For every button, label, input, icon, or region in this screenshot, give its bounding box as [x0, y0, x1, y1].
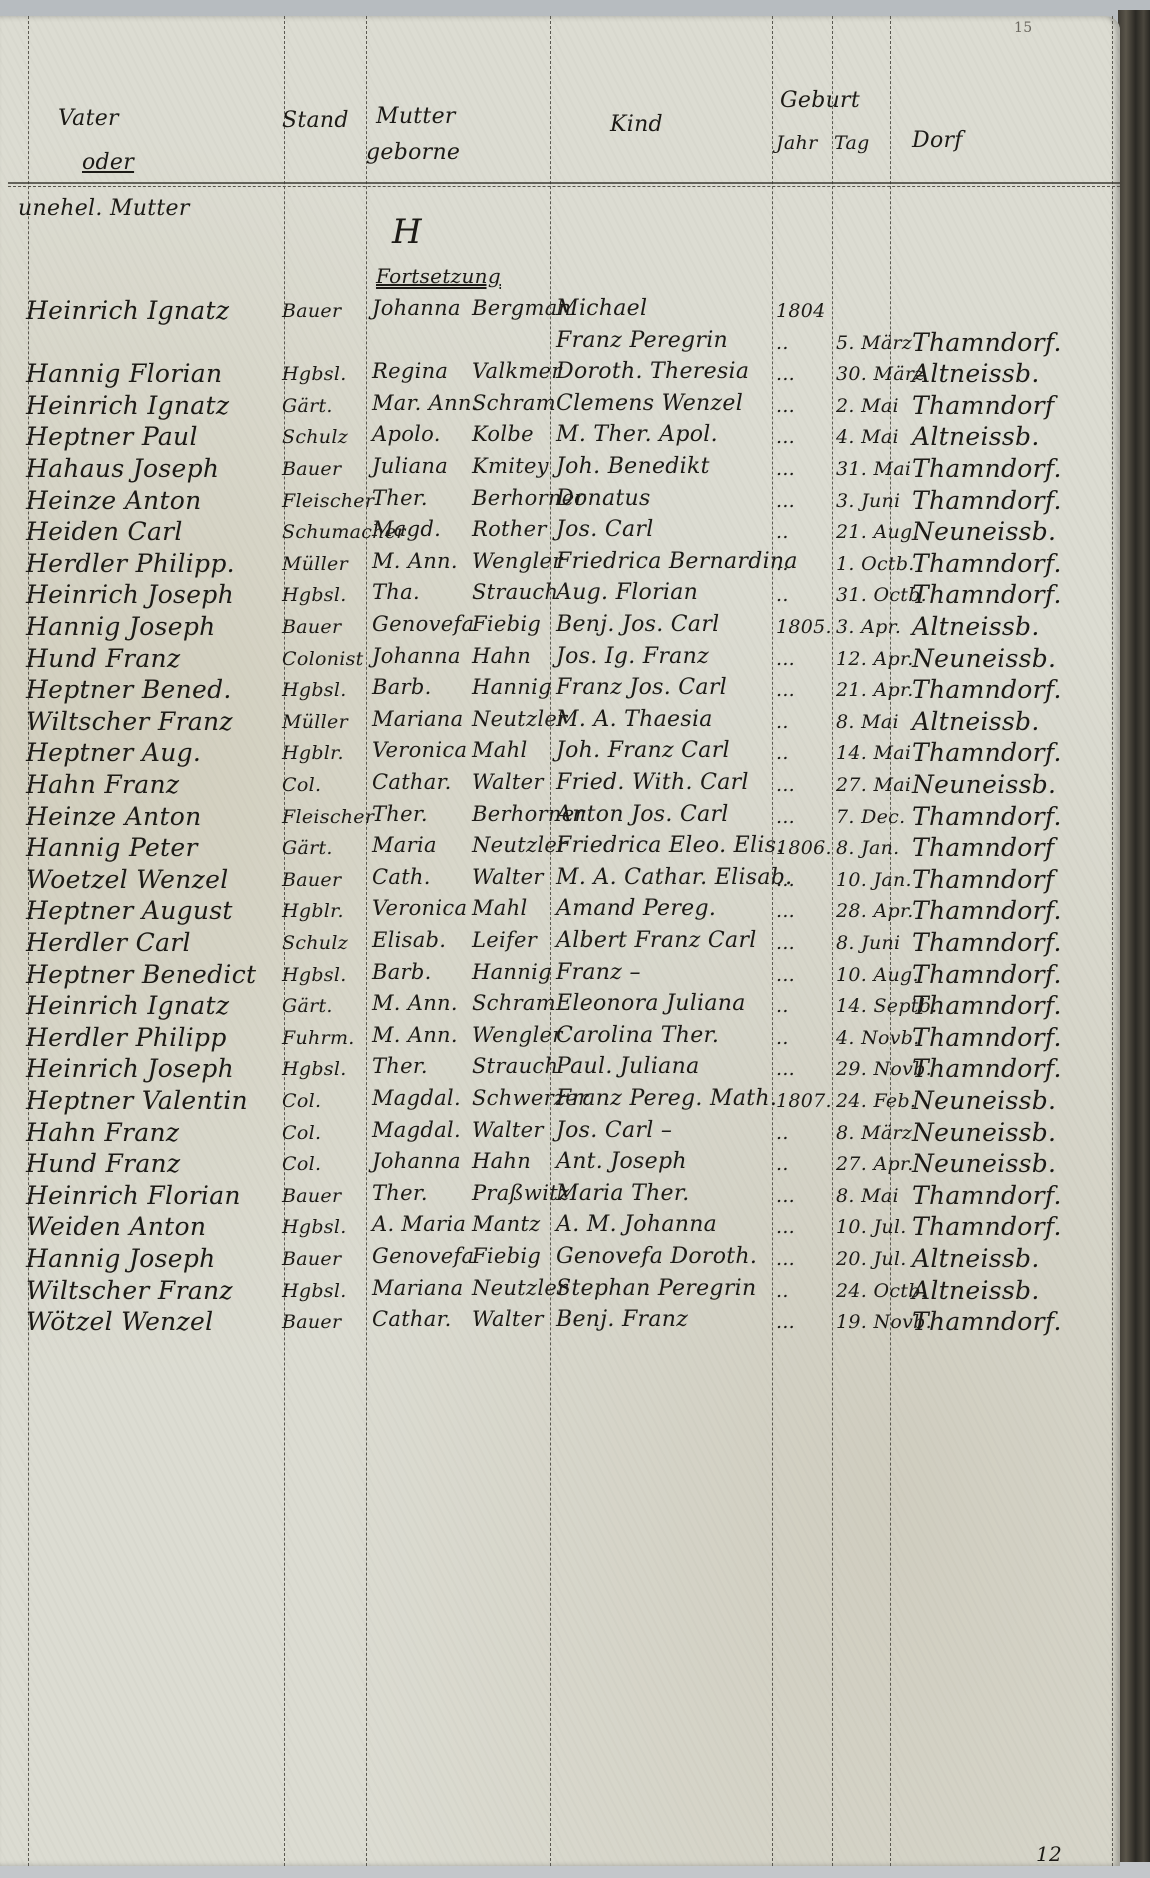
father-name: Hahn Franz — [26, 770, 179, 799]
birth-year: ... — [776, 806, 795, 828]
mother-maiden-name: Wengler — [472, 549, 563, 573]
folio-number: 15 — [1014, 20, 1032, 36]
header-jahr: Jahr — [776, 132, 817, 154]
village: Thamndorf. — [912, 328, 1062, 357]
father-name: Heinrich Ignatz — [26, 296, 229, 325]
section-letter: H — [392, 212, 422, 252]
birth-year: .. — [776, 332, 789, 354]
mother-first-name: Juliana — [372, 454, 448, 478]
table-row: Hund Franz Colonist Johanna Hahn Jos. Ig… — [0, 644, 1120, 675]
village: Neuneissb. — [912, 517, 1056, 546]
mother-first-name: Tha. — [372, 580, 420, 604]
occupation: Hgbsl. — [282, 679, 347, 701]
father-name: Heptner August — [26, 896, 233, 925]
ledger-page: 15 Vater oder unehel. Mutter Stand Mutte… — [0, 16, 1120, 1866]
mother-first-name: Veronica — [372, 738, 467, 762]
occupation: Hgblr. — [282, 742, 344, 764]
header-rule-dashed — [8, 186, 1120, 187]
birth-day: 3. Juni — [836, 490, 900, 512]
birth-year: 1805. — [776, 616, 832, 638]
child-name: Franz Peregrin — [556, 328, 728, 353]
father-name: Heinrich Florian — [26, 1181, 241, 1210]
occupation: Bauer — [282, 1185, 341, 1207]
father-name: Heptner Paul — [26, 422, 198, 451]
birth-day: 8. Mai — [836, 1185, 899, 1207]
table-row: Heinrich Ignatz Gärt. M. Ann. Schram Ele… — [0, 991, 1120, 1022]
mother-maiden-name: Hahn — [472, 1149, 531, 1173]
father-name: Wiltscher Franz — [26, 707, 233, 736]
mother-maiden-name: Schram — [472, 991, 556, 1015]
father-name: Heinrich Joseph — [26, 1054, 234, 1083]
birth-day: 2. Mai — [836, 395, 899, 417]
table-row: Hahn Franz Col. Magdal. Walter Jos. Carl… — [0, 1118, 1120, 1149]
mother-first-name: Ther. — [372, 486, 428, 510]
mother-first-name: Cathar. — [372, 1307, 452, 1331]
mother-first-name: M. Ann. — [372, 1023, 458, 1047]
table-row: Heinrich Ignatz Bauer Johanna Bergman Mi… — [0, 296, 1120, 327]
birth-year: 1807. — [776, 1090, 832, 1112]
child-name: M. A. Thaesia — [556, 707, 713, 732]
birth-day: 1. Octb. — [836, 553, 915, 575]
village: Thamndorf. — [912, 675, 1062, 704]
village: Thamndorf. — [912, 454, 1062, 483]
table-row: Wötzel Wenzel Bauer Cathar. Walter Benj.… — [0, 1307, 1120, 1338]
birth-day: 21. Apr. — [836, 679, 914, 701]
table-row: Hannig Joseph Bauer Genovefa Fiebig Geno… — [0, 1244, 1120, 1275]
table-row: Hahn Franz Col. Cathar. Walter Fried. Wi… — [0, 770, 1120, 801]
header-rule — [8, 182, 1120, 184]
child-name: Jos. Carl – — [556, 1118, 672, 1143]
table-row: Herdler Carl Schulz Elisab. Leifer Alber… — [0, 928, 1120, 959]
birth-year: ... — [776, 426, 795, 448]
birth-year: .. — [776, 1122, 789, 1144]
mother-maiden-name: Hannig — [472, 960, 552, 984]
child-name: Franz Jos. Carl — [556, 675, 727, 700]
village: Thamndorf. — [912, 486, 1062, 515]
mother-maiden-name: Walter — [472, 865, 544, 889]
child-name: A. M. Johanna — [556, 1212, 717, 1237]
father-name: Heinrich Joseph — [26, 580, 234, 609]
occupation: Col. — [282, 1090, 321, 1112]
father-name: Wötzel Wenzel — [26, 1307, 213, 1336]
occupation: Gärt. — [282, 995, 333, 1017]
occupation: Schulz — [282, 426, 348, 448]
table-row: Weiden Anton Hgbsl. A. Maria Mantz A. M.… — [0, 1212, 1120, 1243]
birth-day: 8. Jan. — [836, 837, 900, 859]
village: Thamndorf. — [912, 928, 1062, 957]
mother-maiden-name: Valkmer — [472, 359, 562, 383]
child-name: Clemens Wenzel — [556, 391, 743, 416]
father-name: Heinrich Ignatz — [26, 991, 229, 1020]
occupation: Hgbsl. — [282, 1216, 347, 1238]
mother-first-name: Johanna — [372, 296, 461, 320]
header-stand: Stand — [282, 108, 349, 133]
mother-maiden-name: Fiebig — [472, 612, 541, 636]
header-mutter: Mutter — [376, 104, 456, 129]
mother-first-name: Maria — [372, 833, 437, 857]
birth-year: .. — [776, 711, 789, 733]
birth-day: 3. Apr. — [836, 616, 901, 638]
mother-maiden-name: Walter — [472, 1118, 544, 1142]
village: Thamndorf. — [912, 738, 1062, 767]
table-row: Hund Franz Col. Johanna Hahn Ant. Joseph… — [0, 1149, 1120, 1180]
header-dorf: Dorf — [912, 128, 963, 153]
father-name: Heiden Carl — [26, 517, 183, 546]
father-name: Herdler Philipp. — [26, 549, 235, 578]
birth-year: ... — [776, 1185, 795, 1207]
occupation: Col. — [282, 774, 321, 796]
mother-first-name: M. Ann. — [372, 991, 458, 1015]
occupation: Bauer — [282, 1248, 341, 1270]
village: Thamndorf — [912, 391, 1054, 420]
village: Thamndorf — [912, 833, 1054, 862]
village: Thamndorf. — [912, 960, 1062, 989]
birth-year: ... — [776, 1248, 795, 1270]
birth-year: ... — [776, 363, 795, 385]
child-name: Anton Jos. Carl — [556, 802, 729, 827]
occupation: Hgbsl. — [282, 584, 347, 606]
village: Thamndorf. — [912, 896, 1062, 925]
child-name: Friedrica Bernardina — [556, 549, 798, 574]
mother-maiden-name: Leifer — [472, 928, 537, 952]
mother-first-name: Cathar. — [372, 770, 452, 794]
table-row: Heptner Bened. Hgbsl. Barb. Hannig Franz… — [0, 675, 1120, 706]
village: Altneissb. — [912, 1244, 1040, 1273]
table-row: Hahaus Joseph Bauer Juliana Kmitey Joh. … — [0, 454, 1120, 485]
birth-day: 8. Juni — [836, 932, 900, 954]
birth-year: ... — [776, 490, 795, 512]
mother-first-name: Ther. — [372, 1054, 428, 1078]
mother-first-name: Magd. — [372, 517, 441, 541]
table-row: Franz Peregrin .. 5. März Thamndorf. — [0, 328, 1120, 359]
header-unehel-mutter: unehel. Mutter — [18, 196, 190, 221]
mother-maiden-name: Mahl — [472, 738, 527, 762]
father-name: Hannig Joseph — [26, 612, 216, 641]
mother-first-name: M. Ann. — [372, 549, 458, 573]
father-name: Herdler Carl — [26, 928, 191, 957]
village: Thamndorf. — [912, 1054, 1062, 1083]
child-name: Jos. Ig. Franz — [556, 644, 709, 669]
village: Neuneissb. — [912, 770, 1056, 799]
birth-year: .. — [776, 521, 789, 543]
mother-maiden-name: Schram — [472, 391, 556, 415]
table-row: Heptner Benedict Hgbsl. Barb. Hannig Fra… — [0, 960, 1120, 991]
child-name: M. Ther. Apol. — [556, 422, 718, 447]
father-name: Hannig Florian — [26, 359, 222, 388]
birth-year: .. — [776, 584, 789, 606]
child-name: Friedrica Eleo. Elis. — [556, 833, 784, 858]
occupation: Hgbsl. — [282, 964, 347, 986]
mother-first-name: Johanna — [372, 644, 461, 668]
occupation: Bauer — [282, 869, 341, 891]
occupation: Gärt. — [282, 837, 333, 859]
mother-first-name: Genovefa — [372, 1244, 474, 1268]
header-mutter-geborne: geborne — [366, 140, 460, 165]
father-name: Heptner Benedict — [26, 960, 256, 989]
mother-maiden-name: Rother — [472, 517, 547, 541]
header-geburt: Geburt — [780, 88, 860, 113]
village: Altneissb. — [912, 359, 1040, 388]
header-vater: Vater — [58, 106, 119, 131]
birth-day: 20. Jul. — [836, 1248, 907, 1270]
birth-day: 10. Aug. — [836, 964, 919, 986]
child-name: Paul. Juliana — [556, 1054, 699, 1079]
table-row: Heinrich Florian Bauer Ther. Praßwitz Ma… — [0, 1181, 1120, 1212]
father-name: Hannig Peter — [26, 833, 198, 862]
table-row: Wiltscher Franz Müller Mariana Neutzler … — [0, 707, 1120, 738]
mother-maiden-name: Wengler — [472, 1023, 563, 1047]
table-row: Heiden Carl Schumacher Magd. Rother Jos.… — [0, 517, 1120, 548]
occupation: Hgbsl. — [282, 1058, 347, 1080]
table-row: Heptner Paul Schulz Apolo. Kolbe M. Ther… — [0, 422, 1120, 453]
child-name: Benj. Franz — [556, 1307, 688, 1332]
father-name: Hund Franz — [26, 1149, 180, 1178]
birth-day: 21. Aug. — [836, 521, 919, 543]
table-row: Hannig Joseph Bauer Genovefa Fiebig Benj… — [0, 612, 1120, 643]
birth-day: 5. März — [836, 332, 912, 354]
occupation: Bauer — [282, 300, 341, 322]
child-name: Joh. Franz Carl — [556, 738, 730, 763]
birth-day: 8. März — [836, 1122, 912, 1144]
mother-first-name: Magdal. — [372, 1086, 461, 1110]
birth-day: 4. Novb. — [836, 1027, 920, 1049]
father-name: Woetzel Wenzel — [26, 865, 229, 894]
mother-maiden-name: Strauch — [472, 580, 558, 604]
child-name: Genovefa Doroth. — [556, 1244, 757, 1269]
child-name: Franz – — [556, 960, 641, 985]
birth-day: 10. Jan. — [836, 869, 912, 891]
mother-first-name: Ther. — [372, 1181, 428, 1205]
table-row: Heptner Aug. Hgblr. Veronica Mahl Joh. F… — [0, 738, 1120, 769]
mother-maiden-name: Hannig — [472, 675, 552, 699]
birth-day: 28. Apr. — [836, 900, 914, 922]
table-row: Wiltscher Franz Hgbsl. Mariana Neutzler … — [0, 1276, 1120, 1307]
birth-day: 31. Mai — [836, 458, 911, 480]
birth-year: ... — [776, 1058, 795, 1080]
mother-first-name: A. Maria — [372, 1212, 466, 1236]
child-name: Jos. Carl — [556, 517, 654, 542]
mother-maiden-name: Mantz — [472, 1212, 541, 1236]
birth-year: ... — [776, 932, 795, 954]
birth-year: .. — [776, 1153, 789, 1175]
mother-maiden-name: Kolbe — [472, 422, 534, 446]
occupation: Fuhrm. — [282, 1027, 355, 1049]
mother-maiden-name: Walter — [472, 770, 544, 794]
birth-year: ... — [776, 964, 795, 986]
table-row: Woetzel Wenzel Bauer Cath. Walter M. A. … — [0, 865, 1120, 896]
child-name: Donatus — [556, 486, 651, 511]
birth-day: 27. Apr. — [836, 1153, 914, 1175]
section-continuation: Fortsetzung — [376, 264, 501, 288]
village: Thamndorf. — [912, 1307, 1062, 1336]
child-name: Franz Pereg. Math. — [556, 1086, 777, 1111]
father-name: Heptner Valentin — [26, 1086, 248, 1115]
birth-year: ... — [776, 648, 795, 670]
mother-maiden-name: Neutzler — [472, 833, 567, 857]
occupation: Colonist — [282, 648, 364, 670]
book-spine-edge — [1118, 10, 1150, 1865]
mother-maiden-name: Kmitey — [472, 454, 549, 478]
mother-first-name: Mariana — [372, 1276, 463, 1300]
occupation: Gärt. — [282, 395, 333, 417]
village: Altneissb. — [912, 422, 1040, 451]
mother-first-name: Barb. — [372, 960, 432, 984]
village: Altneissb. — [912, 1276, 1040, 1305]
birth-year: .. — [776, 1280, 789, 1302]
village: Thamndorf. — [912, 991, 1062, 1020]
birth-year: 1804 — [776, 300, 826, 322]
occupation: Hgblr. — [282, 900, 344, 922]
mother-first-name: Ther. — [372, 802, 428, 826]
father-name: Heinze Anton — [26, 486, 202, 515]
table-row: Herdler Philipp Fuhrm. M. Ann. Wengler C… — [0, 1023, 1120, 1054]
mother-first-name: Elisab. — [372, 928, 446, 952]
child-name: Joh. Benedikt — [556, 454, 710, 479]
table-row: Heinze Anton Fleischer Ther. Berhorner D… — [0, 486, 1120, 517]
village: Neuneissb. — [912, 644, 1056, 673]
mother-first-name: Barb. — [372, 675, 432, 699]
child-name: Maria Ther. — [556, 1181, 690, 1206]
mother-first-name: Mariana — [372, 707, 463, 731]
mother-first-name: Regina — [372, 359, 448, 383]
mother-maiden-name: Strauch — [472, 1054, 558, 1078]
father-name: Hund Franz — [26, 644, 180, 673]
occupation: Bauer — [282, 1311, 341, 1333]
mother-first-name: Cath. — [372, 865, 431, 889]
occupation: Müller — [282, 553, 348, 575]
village: Thamndorf. — [912, 1023, 1062, 1052]
mother-maiden-name: Mahl — [472, 896, 527, 920]
birth-day: 24. Feb. — [836, 1090, 916, 1112]
occupation: Hgbsl. — [282, 1280, 347, 1302]
birth-year: ... — [776, 679, 795, 701]
village: Thamndorf — [912, 865, 1054, 894]
occupation: Col. — [282, 1153, 321, 1175]
table-row: Heinrich Ignatz Gärt. Mar. Ann. Schram C… — [0, 391, 1120, 422]
mother-first-name: Mar. Ann. — [372, 391, 479, 415]
father-name: Heinze Anton — [26, 802, 202, 831]
mother-maiden-name: Fiebig — [472, 1244, 541, 1268]
child-name: Carolina Ther. — [556, 1023, 719, 1048]
mother-maiden-name: Neutzler — [472, 1276, 567, 1300]
child-name: M. A. Cathar. Elisab. — [556, 865, 792, 890]
birth-day: 7. Dec. — [836, 806, 905, 828]
occupation: Schulz — [282, 932, 348, 954]
child-name: Eleonora Juliana — [556, 991, 746, 1016]
birth-day: 4. Mai — [836, 426, 899, 448]
father-name: Wiltscher Franz — [26, 1276, 233, 1305]
father-name: Heinrich Ignatz — [26, 391, 229, 420]
mother-first-name: Johanna — [372, 1149, 461, 1173]
mother-maiden-name: Hahn — [472, 644, 531, 668]
child-name: Michael — [556, 296, 647, 321]
village: Thamndorf. — [912, 549, 1062, 578]
father-name: Hahaus Joseph — [26, 454, 219, 483]
father-name: Hahn Franz — [26, 1118, 179, 1147]
child-name: Ant. Joseph — [556, 1149, 687, 1174]
table-row: Heptner Valentin Col. Magdal. Schwerzer … — [0, 1086, 1120, 1117]
mother-first-name: Magdal. — [372, 1118, 461, 1142]
village: Neuneissb. — [912, 1149, 1056, 1178]
occupation: Col. — [282, 1122, 321, 1144]
birth-day: 10. Jul. — [836, 1216, 907, 1238]
birth-year: ... — [776, 1311, 795, 1333]
page-number: 12 — [1036, 1842, 1062, 1866]
child-name: Albert Franz Carl — [556, 928, 757, 953]
header-vater-oder: oder — [82, 150, 134, 175]
birth-day: 14. Mai — [836, 742, 911, 764]
mother-first-name: Veronica — [372, 896, 467, 920]
birth-year: ... — [776, 395, 795, 417]
birth-year: .. — [776, 1027, 789, 1049]
mother-first-name: Genovefa — [372, 612, 474, 636]
occupation: Fleischer — [282, 806, 374, 828]
village: Neuneissb. — [912, 1118, 1056, 1147]
occupation: Bauer — [282, 458, 341, 480]
occupation: Müller — [282, 711, 348, 733]
mother-maiden-name: Neutzler — [472, 707, 567, 731]
village: Thamndorf. — [912, 802, 1062, 831]
table-row: Hannig Peter Gärt. Maria Neutzler Friedr… — [0, 833, 1120, 864]
header-kind: Kind — [610, 112, 663, 137]
birth-year: .. — [776, 742, 789, 764]
occupation: Hgbsl. — [282, 363, 347, 385]
birth-year: ... — [776, 900, 795, 922]
father-name: Weiden Anton — [26, 1212, 206, 1241]
birth-year: ... — [776, 1216, 795, 1238]
birth-day: 27. Mai — [836, 774, 911, 796]
birth-day: 12. Apr. — [836, 648, 914, 670]
father-name: Heptner Bened. — [26, 675, 232, 704]
table-row: Heinrich Joseph Hgbsl. Tha. Strauch Aug.… — [0, 580, 1120, 611]
table-row: Heinze Anton Fleischer Ther. Berhorner A… — [0, 802, 1120, 833]
birth-year: ... — [776, 869, 795, 891]
mother-maiden-name: Praßwitz — [472, 1181, 569, 1205]
table-row: Heptner August Hgblr. Veronica Mahl Aman… — [0, 896, 1120, 927]
child-name: Doroth. Theresia — [556, 359, 749, 384]
birth-year: ... — [776, 458, 795, 480]
father-name: Hannig Joseph — [26, 1244, 216, 1273]
header-tag: Tag — [834, 132, 870, 154]
mother-first-name: Apolo. — [372, 422, 441, 446]
birth-year: 1806. — [776, 837, 832, 859]
village: Neuneissb. — [912, 1086, 1056, 1115]
child-name: Benj. Jos. Carl — [556, 612, 720, 637]
birth-day: 8. Mai — [836, 711, 899, 733]
village: Thamndorf. — [912, 1212, 1062, 1241]
mother-maiden-name: Walter — [472, 1307, 544, 1331]
birth-year: ... — [776, 774, 795, 796]
birth-year: .. — [776, 553, 789, 575]
father-name: Herdler Philipp — [26, 1023, 227, 1052]
child-name: Fried. With. Carl — [556, 770, 749, 795]
table-row: Herdler Philipp. Müller M. Ann. Wengler … — [0, 549, 1120, 580]
village: Thamndorf. — [912, 1181, 1062, 1210]
birth-year: .. — [776, 995, 789, 1017]
father-name: Heptner Aug. — [26, 738, 201, 767]
table-row: Hannig Florian Hgbsl. Regina Valkmer Dor… — [0, 359, 1120, 390]
village: Thamndorf. — [912, 580, 1062, 609]
village: Altneissb. — [912, 612, 1040, 641]
occupation: Bauer — [282, 616, 341, 638]
table-row: Heinrich Joseph Hgbsl. Ther. Strauch Pau… — [0, 1054, 1120, 1085]
child-name: Stephan Peregrin — [556, 1276, 756, 1301]
occupation: Fleischer — [282, 490, 374, 512]
village: Altneissb. — [912, 707, 1040, 736]
child-name: Amand Pereg. — [556, 896, 716, 921]
child-name: Aug. Florian — [556, 580, 698, 605]
